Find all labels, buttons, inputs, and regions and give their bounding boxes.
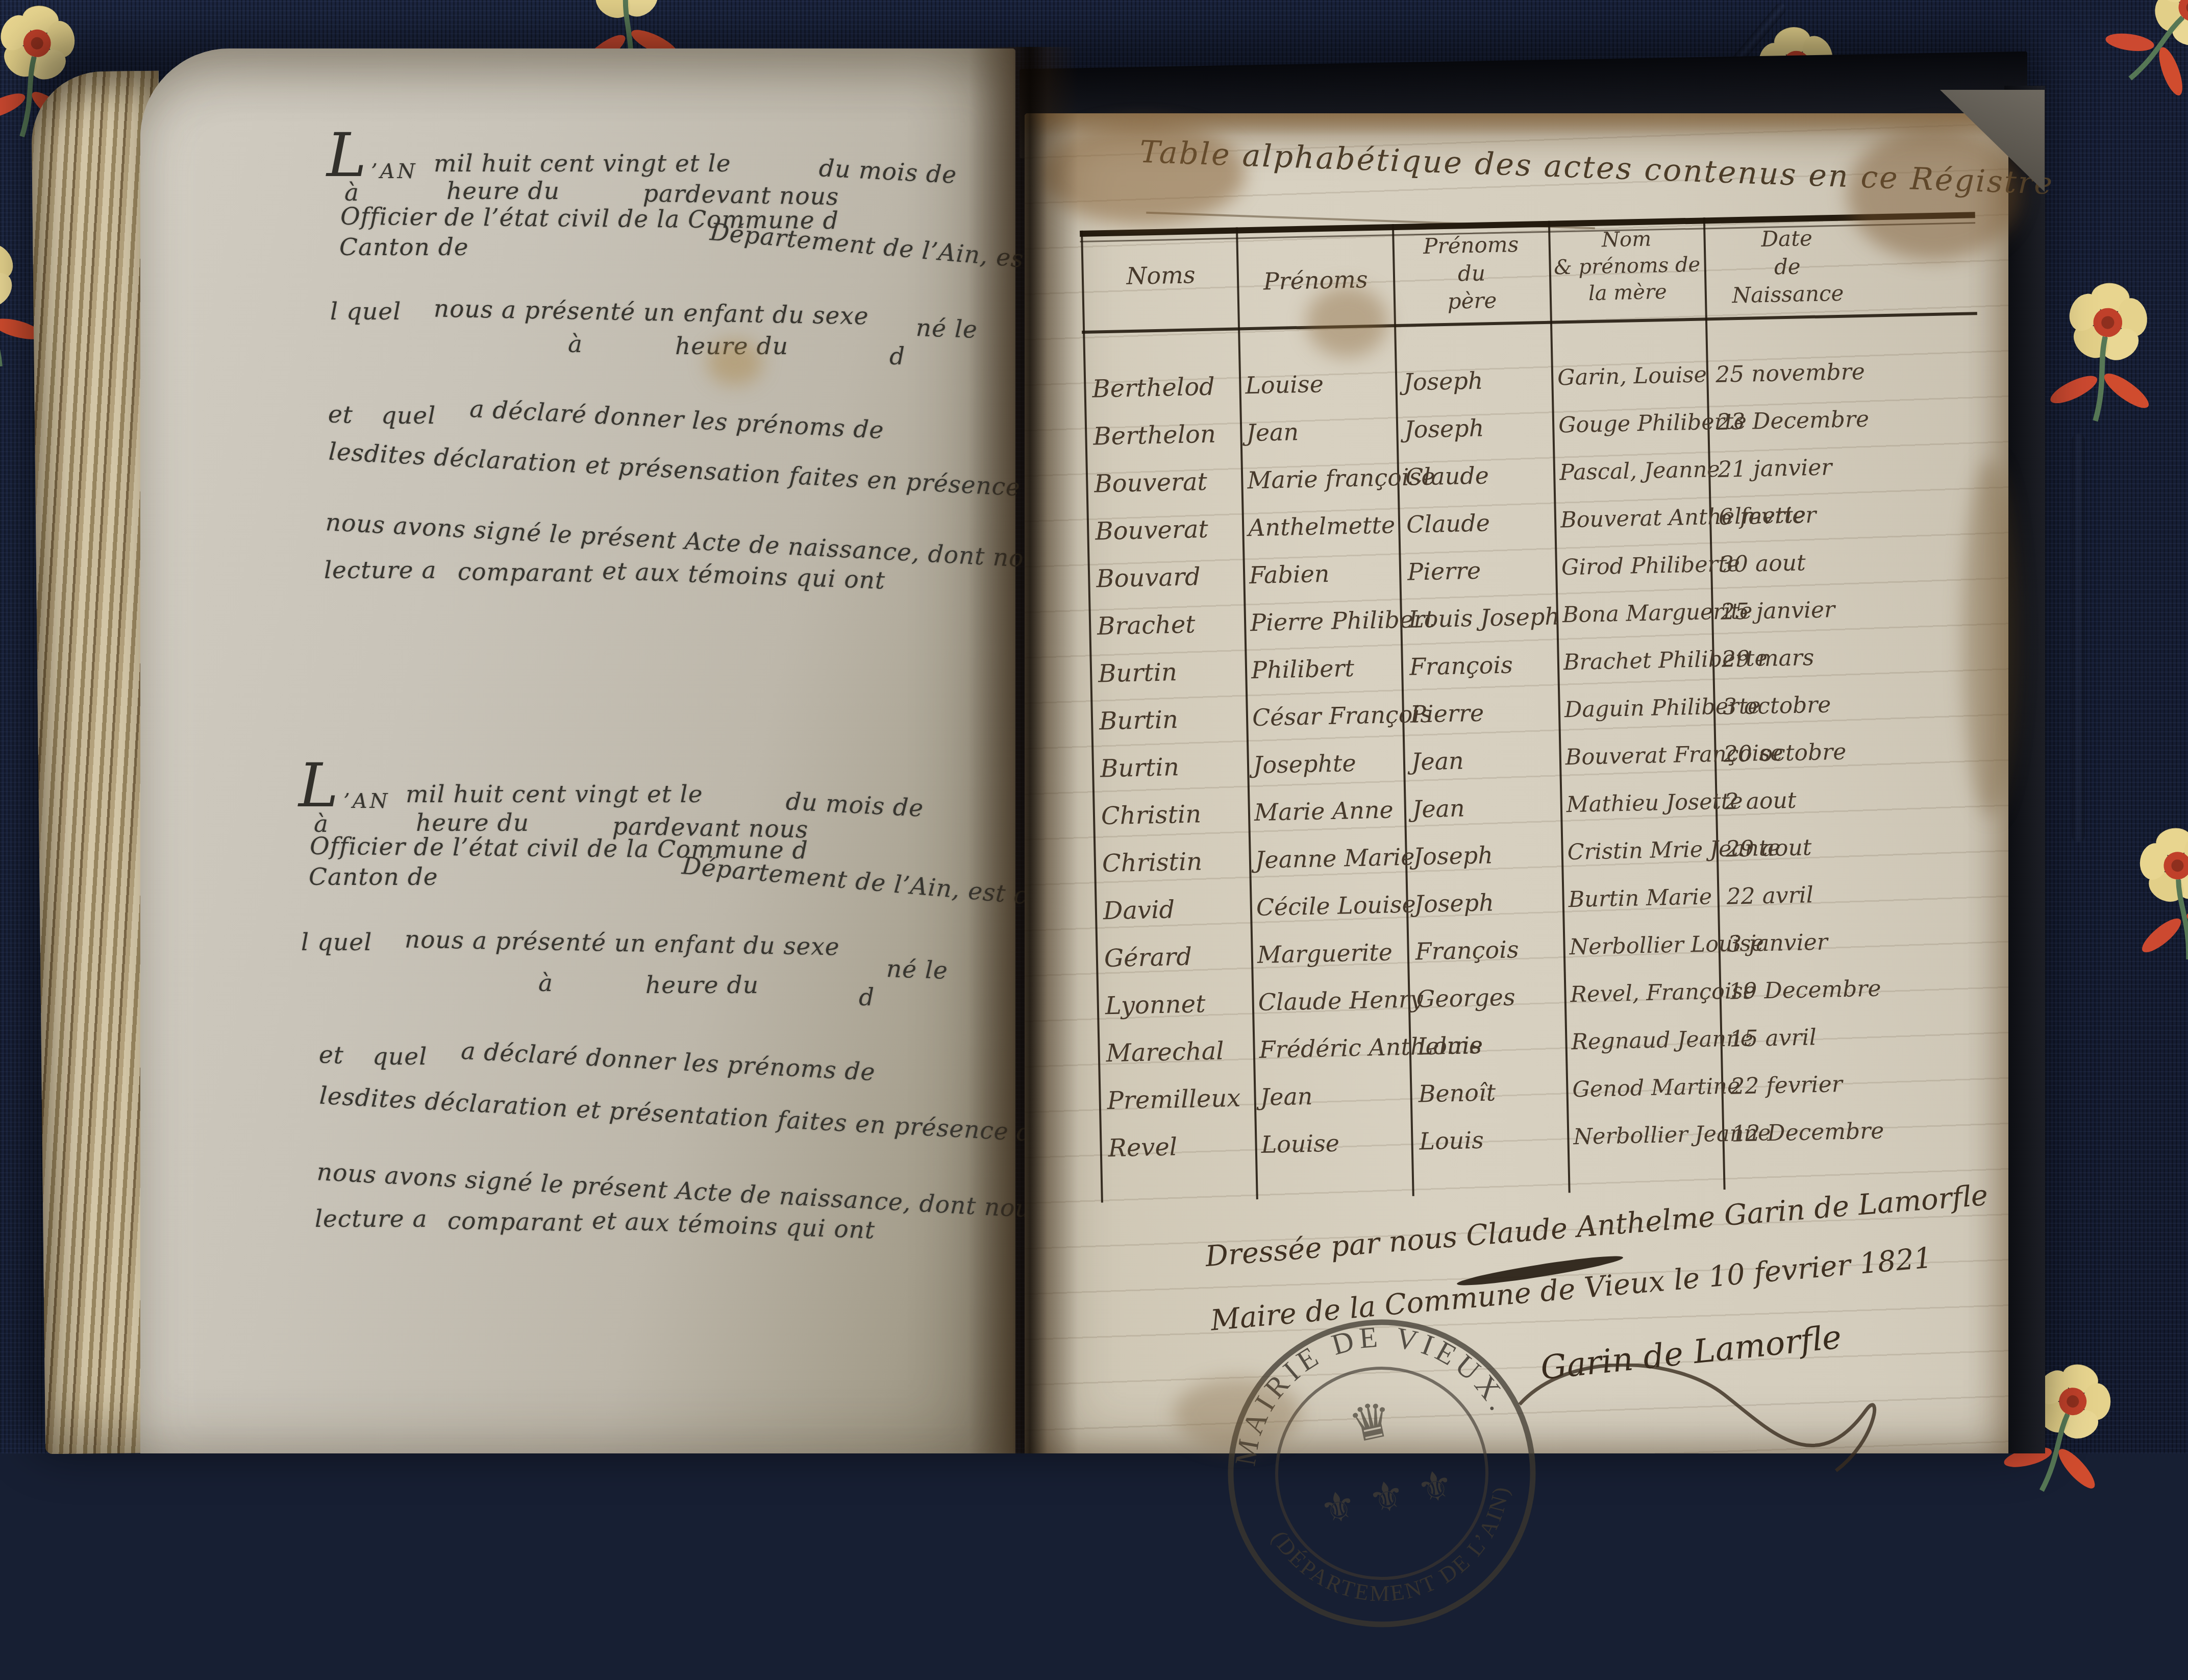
cell-prenoms: Josephte — [1253, 748, 1399, 779]
cell-date: 20 octobre — [1723, 736, 1979, 767]
cell-pere: Georges — [1416, 982, 1560, 1013]
form-line: l quel — [330, 298, 401, 326]
cell-prenoms: Pierre Philibert — [1250, 606, 1397, 636]
form-line: né le — [886, 955, 949, 985]
cell-nom: Brachet — [1097, 609, 1240, 641]
cell-nom: David — [1103, 894, 1246, 925]
cell-mere: Bouverat Anthelmette — [1560, 504, 1707, 533]
cell-prenoms: César François — [1252, 701, 1398, 731]
cell-mere: Gouge Philiberte — [1558, 409, 1705, 438]
header-prenoms-pere: Prénoms du père — [1396, 230, 1547, 317]
form-line: heure du — [645, 971, 759, 999]
cell-mere: Nerbollier Louise — [1569, 931, 1715, 960]
cell-date: 19 Decembre — [1728, 973, 1984, 1004]
book-gutter-shadow — [968, 47, 1078, 1453]
cell-prenoms: Philibert — [1251, 653, 1398, 684]
form-line: du mois de — [818, 154, 958, 189]
form-line: lesdites déclaration et présensation fai… — [328, 438, 1060, 504]
cell-mere: Garin, Louise — [1557, 362, 1704, 390]
header-date: Date de Naissance — [1710, 224, 1864, 310]
form-line: Canton de — [339, 233, 469, 261]
cell-date: 25 janvier — [1720, 594, 1976, 625]
book-cover-right-edge — [2004, 86, 2045, 1453]
right-page: Table alphabétique des actes contenus en… — [1025, 113, 2008, 1453]
table-rows: BerthelodLouiseJosephGarin, Louise25 nov… — [1083, 347, 1995, 1172]
cell-mere: Pascal, Jeanne — [1559, 457, 1706, 485]
cell-nom: Bouverat — [1095, 514, 1238, 546]
cell-mere: Bona Marguerite — [1562, 599, 1708, 628]
form-line: lecture a — [315, 1205, 428, 1233]
cell-nom: Bouverat — [1094, 467, 1237, 499]
cell-nom: Premilleux — [1107, 1083, 1250, 1115]
cell-prenoms: Cécile Louise — [1256, 891, 1402, 921]
form-line: à — [568, 330, 583, 358]
cell-nom: Christin — [1101, 799, 1244, 831]
cell-pere: Joseph — [1413, 840, 1557, 871]
cell-nom: Berthelon — [1093, 419, 1236, 451]
form-line: mil huit cent vingt et le — [406, 780, 703, 808]
stamp-crown-icon: ♛ — [1344, 1391, 1398, 1453]
cell-prenoms: Frédéric Anthelme — [1259, 1033, 1405, 1064]
cell-mere: Girod Philiberte — [1561, 552, 1708, 580]
cell-pere: Pierre — [1407, 555, 1552, 586]
cell-nom: Christin — [1102, 846, 1245, 878]
form-line: comparant — [458, 558, 594, 588]
embroidered-flower-icon — [2115, 809, 2188, 977]
form-line: nous a présenté un enfant du sexe — [434, 295, 869, 331]
cell-mere: Nerbollier Jeanne — [1573, 1121, 1720, 1150]
header-nom-mere: Nom & prénoms de la mère — [1552, 225, 1702, 308]
cell-pere: Louis — [1419, 1125, 1563, 1155]
cell-prenoms: Jeanne Marie — [1255, 843, 1401, 874]
form-line: heure du — [446, 177, 560, 205]
cell-mere: Revel, Françoise — [1570, 979, 1717, 1007]
cell-pere: Jean — [1412, 793, 1556, 823]
cell-date: 21 janvier — [1718, 451, 1973, 482]
cell-mere: Bouverat Françoise — [1565, 742, 1711, 770]
form-line: et — [328, 400, 354, 429]
cell-prenoms: Marguerite — [1257, 938, 1403, 969]
cell-pere: Claude — [1406, 508, 1551, 538]
cell-mere: Regnaud Jeanne — [1571, 1026, 1718, 1055]
cell-nom: Burtin — [1099, 704, 1242, 736]
cell-pere: François — [1409, 650, 1553, 681]
cell-date: 15 avril — [1729, 1021, 1985, 1052]
fabric-seam — [2072, 434, 2085, 842]
cell-date: 30 aout — [1719, 546, 1975, 577]
form-line: ’AN — [371, 160, 418, 183]
cell-prenoms: Marie françoise — [1247, 463, 1394, 494]
cell-pere: Joseph — [1403, 365, 1548, 396]
stain — [1847, 128, 2021, 260]
cell-mere: Cristin Mrie Jeante — [1567, 836, 1713, 865]
cell-pere: Joseph — [1404, 413, 1549, 443]
form-line: ’AN — [343, 789, 390, 813]
form-line: quel — [381, 402, 436, 430]
embroidered-flower-icon — [2037, 266, 2177, 439]
alphabetical-table: Noms Prénoms Prénoms du père Nom & préno… — [1080, 212, 1998, 1205]
form-line: d — [889, 342, 905, 370]
cell-date: 22 avril — [1726, 878, 1982, 909]
cell-nom: Gérard — [1104, 941, 1247, 973]
embroidered-flower-icon — [2082, 0, 2188, 127]
form-line: lesdites déclaration et présentation fai… — [319, 1082, 1048, 1148]
cell-pere: Joseph — [1414, 887, 1558, 918]
cell-prenoms: Marie Anne — [1254, 796, 1400, 826]
stain — [1174, 1378, 1301, 1449]
stain — [1962, 459, 2018, 817]
cell-prenoms: Jean — [1260, 1080, 1406, 1111]
cell-date: 22 fevrier — [1730, 1068, 1986, 1099]
cell-prenoms: Jean — [1246, 416, 1393, 447]
form-line: d — [859, 983, 875, 1011]
cell-date: 23 Decembre — [1717, 404, 1972, 435]
cell-date: 6 fevrier — [1718, 499, 1974, 530]
signature-flourish — [1509, 1364, 1897, 1453]
cell-date: 3 octobre — [1722, 688, 1978, 720]
left-page: L ’AN mil huit cent vingt et le du mois … — [140, 48, 1015, 1453]
form-line: à — [538, 969, 553, 997]
form-line: et — [318, 1041, 344, 1070]
cell-mere: Burtin Marie — [1568, 884, 1714, 912]
cell-prenoms: Louise — [1245, 368, 1391, 399]
cell-mere: Daguin Philiberte — [1564, 694, 1710, 723]
cell-prenoms: Anthelmette — [1248, 511, 1395, 541]
cell-nom: Revel — [1108, 1131, 1251, 1163]
cell-nom: Lyonnet — [1105, 989, 1248, 1020]
cell-mere: Brachet Philiberte — [1563, 647, 1709, 675]
cell-mere: Mathieu Josette — [1566, 789, 1712, 818]
cell-date: 29 mars — [1721, 641, 1977, 672]
cell-nom: Marechal — [1106, 1036, 1249, 1068]
header-noms: Noms — [1086, 259, 1235, 293]
form-line: l quel — [301, 928, 372, 956]
cell-nom: Bouvard — [1096, 562, 1239, 594]
form-line: Canton de — [309, 863, 438, 891]
stain — [1306, 286, 1388, 357]
cell-date: 29 aout — [1725, 831, 1981, 862]
cell-nom: Berthelod — [1092, 372, 1235, 404]
cell-pere: Jean — [1411, 745, 1555, 776]
cell-pere: Benoît — [1418, 1077, 1562, 1108]
header-bottom-border — [1082, 312, 1977, 334]
cell-pere: François — [1415, 935, 1559, 966]
form-line: a déclaré donner les prénoms de — [469, 395, 885, 444]
form-line: lecture a — [324, 556, 437, 584]
form-line: a déclaré donner les prénoms de — [460, 1037, 876, 1086]
cell-date: 25 novembre — [1715, 356, 1971, 387]
cell-pere: Louis Joseph — [1408, 603, 1553, 633]
cell-nom: Burtin — [1098, 657, 1241, 688]
cell-pere: Claude — [1405, 460, 1550, 491]
cell-mere: Genod Martine — [1572, 1074, 1719, 1102]
cell-pere: Louis — [1417, 1030, 1561, 1060]
cell-prenoms: Claude Henry — [1258, 985, 1404, 1016]
form-line: quel — [372, 1043, 427, 1071]
form-line: nous a présenté un enfant du sexe — [405, 926, 840, 961]
form-line: comparant — [447, 1207, 584, 1238]
cell-nom: Burtin — [1100, 752, 1244, 783]
cell-date: 3 janvier — [1727, 926, 1983, 957]
cell-pere: Pierre — [1410, 698, 1554, 728]
cell-prenoms: Fabien — [1249, 558, 1396, 589]
form-line: heure du — [416, 809, 529, 837]
cell-date: 12 Decembre — [1731, 1116, 1987, 1147]
stain — [707, 339, 763, 385]
cell-date: 2 aout — [1724, 783, 1980, 814]
form-line: mil huit cent vingt et le — [434, 150, 731, 178]
cell-prenoms: Louise — [1261, 1128, 1407, 1158]
